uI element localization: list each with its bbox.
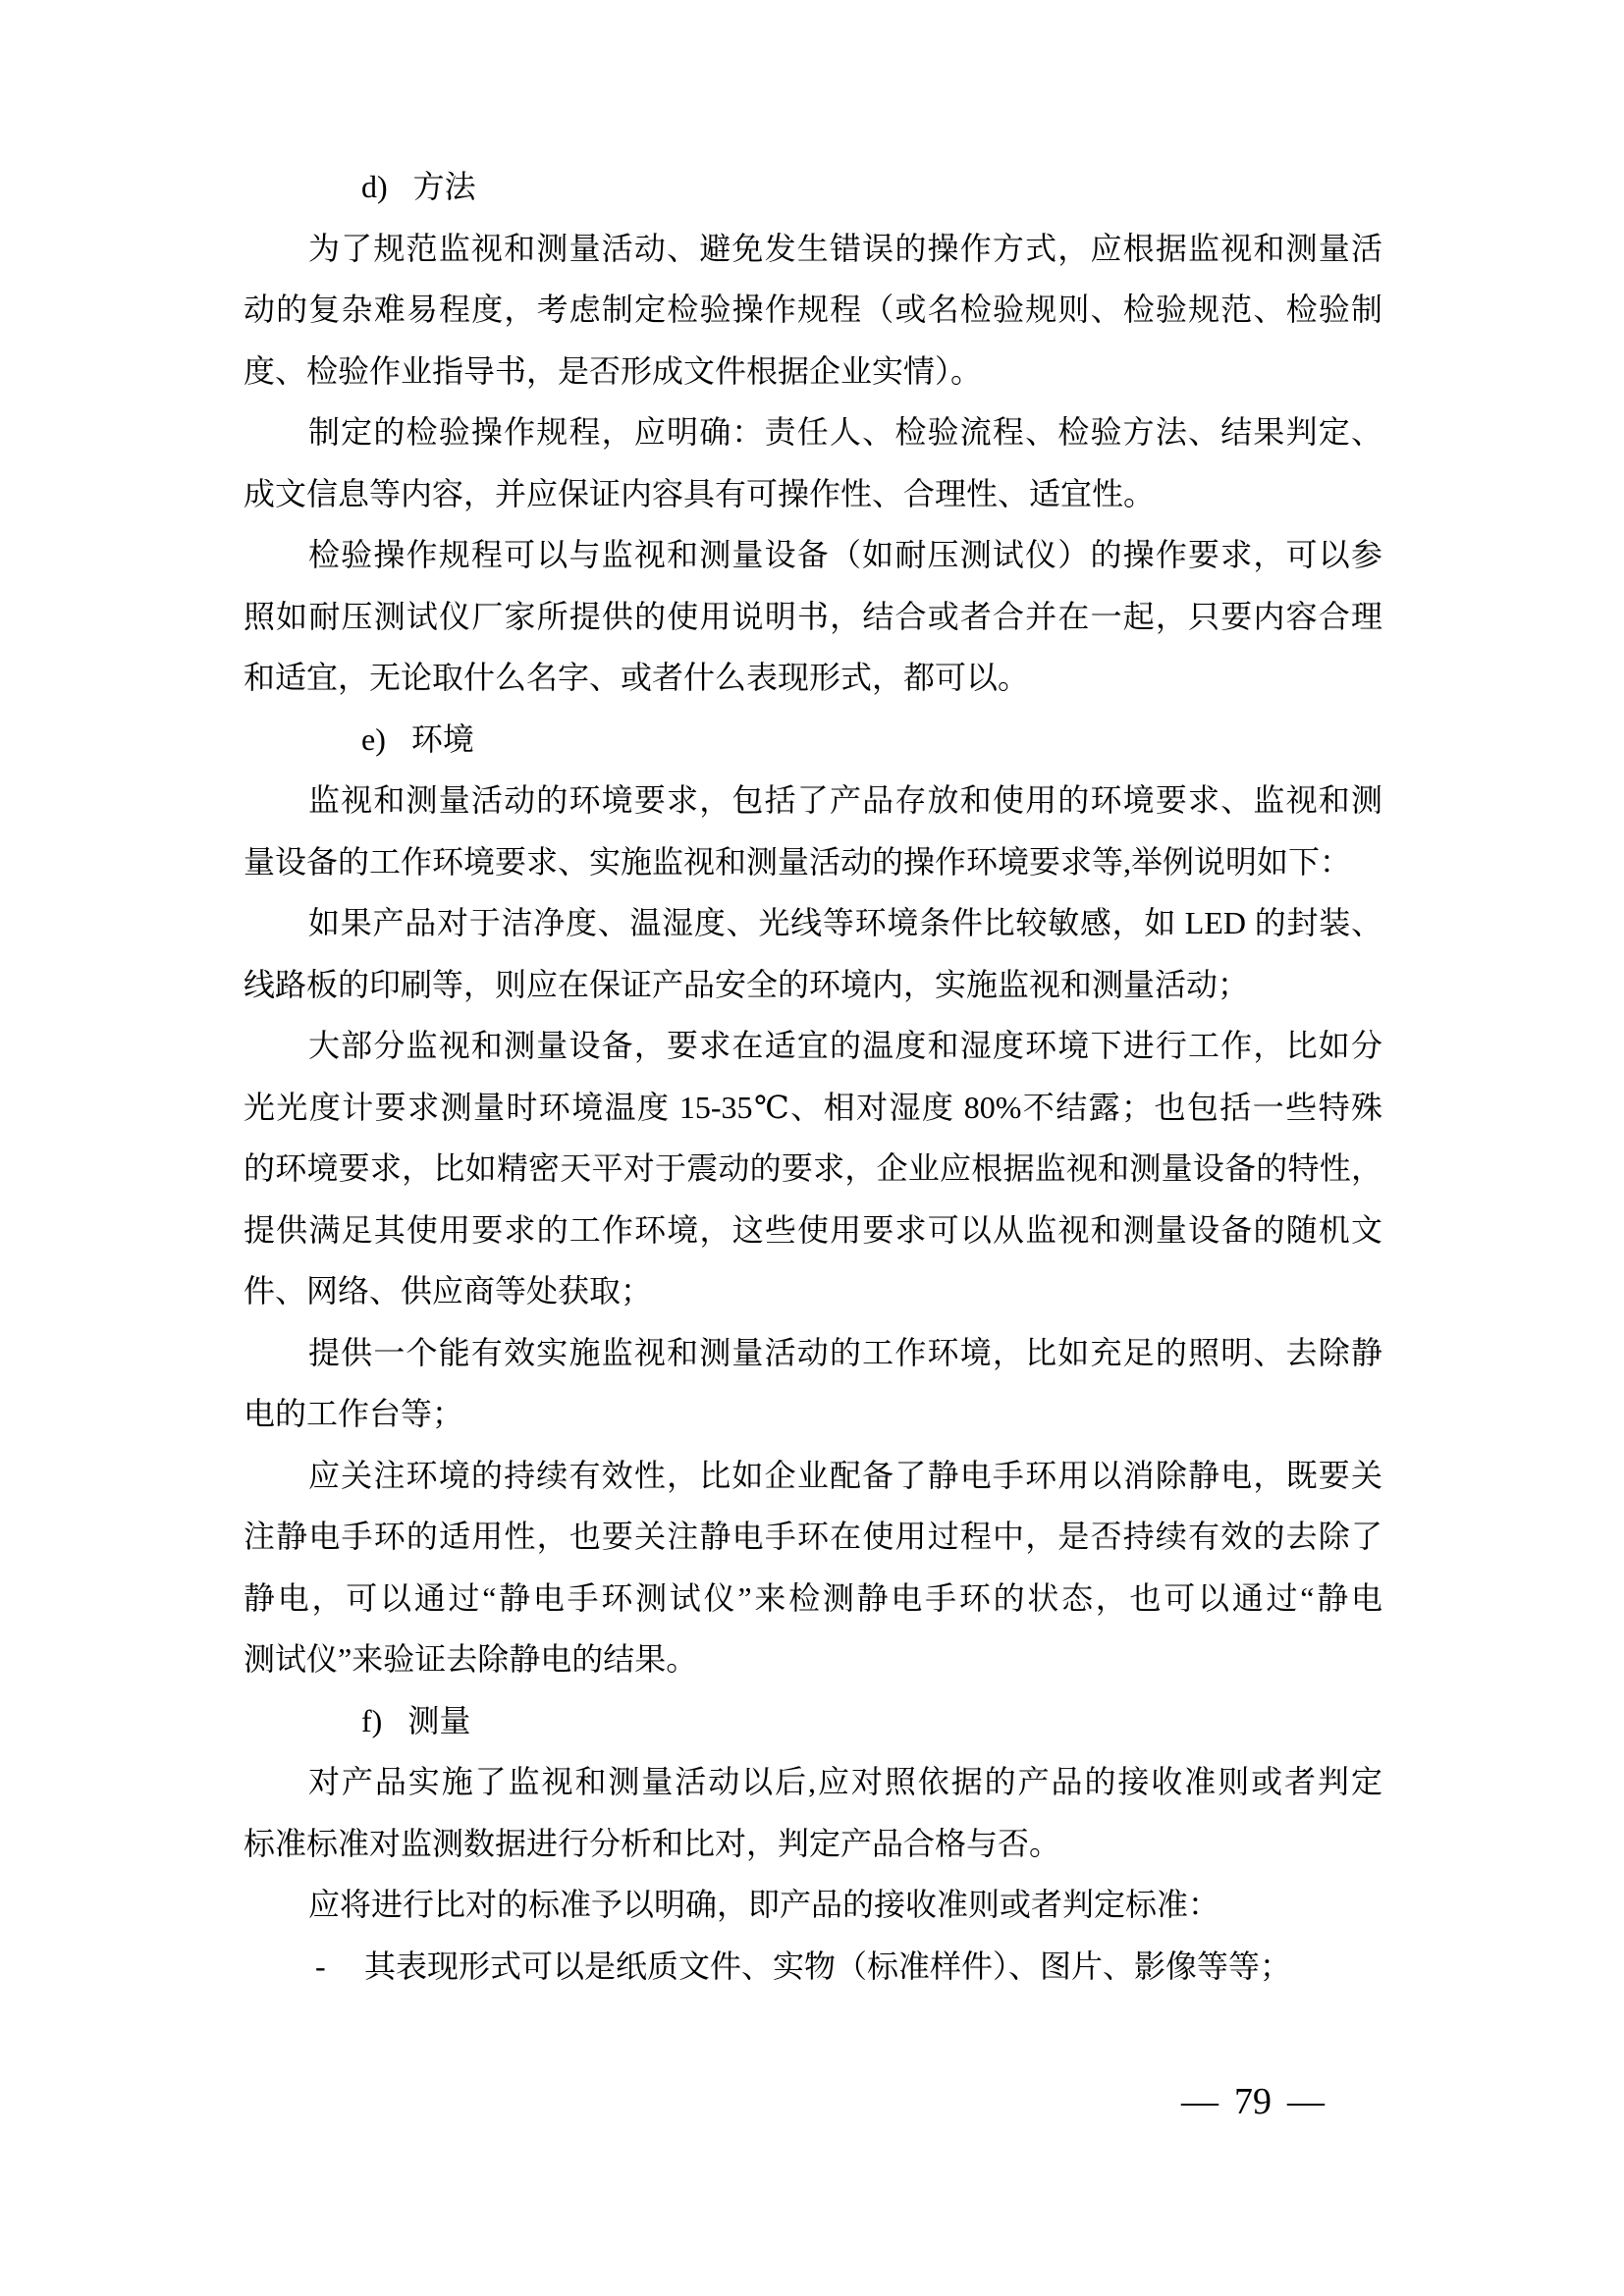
document-page: d)方法为了规范监视和测量活动、避免发生错误的操作方式，应根据监视和测量活动的复… bbox=[0, 0, 1624, 2296]
text-line: 电的工作台等； bbox=[244, 1383, 1382, 1445]
text-line: 动的复杂难易程度，考虑制定检验操作规程（或名检验规则、检验规范、检验制 bbox=[244, 279, 1382, 341]
text-line: 标准标准对监测数据进行分析和比对，判定产品合格与否。 bbox=[244, 1813, 1382, 1875]
heading-title: 环境 bbox=[411, 721, 474, 757]
heading-label: e) bbox=[361, 709, 386, 771]
heading-line: f)测量 bbox=[244, 1690, 1382, 1752]
heading-label: f) bbox=[361, 1690, 382, 1752]
page-footer: — 79 — bbox=[1181, 2079, 1325, 2124]
text-line: 检验操作规程可以与监视和测量设备（如耐压测试仪）的操作要求，可以参 bbox=[244, 524, 1382, 586]
text-line: 照如耐压测试仪厂家所提供的使用说明书，结合或者合并在一起，只要内容合理 bbox=[244, 586, 1382, 648]
text-line: -其表现形式可以是纸质文件、实物（标准样件）、图片、影像等等； bbox=[244, 1936, 1382, 1998]
heading-line: d)方法 bbox=[244, 156, 1382, 218]
text-line: 和适宜，无论取什么名字、或者什么表现形式，都可以。 bbox=[244, 647, 1382, 709]
text-line: 提供一个能有效实施监视和测量活动的工作环境，比如充足的照明、去除静 bbox=[244, 1322, 1382, 1384]
text-line: 提供满足其使用要求的工作环境，这些使用要求可以从监视和测量设备的随机文 bbox=[244, 1200, 1382, 1261]
text-line: 对产品实施了监视和测量活动以后,应对照依据的产品的接收准则或者判定 bbox=[244, 1751, 1382, 1813]
text-line: 注静电手环的适用性，也要关注静电手环在使用过程中，是否持续有效的去除了 bbox=[244, 1506, 1382, 1568]
text-line: 成文信息等内容，并应保证内容具有可操作性、合理性、适宜性。 bbox=[244, 463, 1382, 525]
text-line: 制定的检验操作规程，应明确：责任人、检验流程、检验方法、结果判定、 bbox=[244, 401, 1382, 463]
document-body: d)方法为了规范监视和测量活动、避免发生错误的操作方式，应根据监视和测量活动的复… bbox=[244, 156, 1382, 1997]
text-line: 如果产品对于洁净度、温湿度、光线等环境条件比较敏感，如 LED 的封装、 bbox=[244, 892, 1382, 954]
text-line: 静电，可以通过“静电手环测试仪”来检测静电手环的状态，也可以通过“静电 bbox=[244, 1568, 1382, 1629]
text-line: 应关注环境的持续有效性，比如企业配备了静电手环用以消除静电，既要关 bbox=[244, 1445, 1382, 1507]
text-line: 线路板的印刷等，则应在保证产品安全的环境内，实施监视和测量活动； bbox=[244, 954, 1382, 1016]
text-line: 件、网络、供应商等处获取； bbox=[244, 1260, 1382, 1322]
footer-dash-right: — bbox=[1287, 2079, 1325, 2124]
footer-dash-left: — bbox=[1181, 2079, 1218, 2124]
text-line: 量设备的工作环境要求、实施监视和测量活动的操作环境要求等,举例说明如下： bbox=[244, 831, 1382, 893]
list-marker: - bbox=[315, 1936, 364, 1998]
text-line: 测试仪”来验证去除静电的结果。 bbox=[244, 1629, 1382, 1690]
text-line: 监视和测量活动的环境要求，包括了产品存放和使用的环境要求、监视和测 bbox=[244, 770, 1382, 831]
text-line: 应将进行比对的标准予以明确，即产品的接收准则或者判定标准： bbox=[244, 1874, 1382, 1936]
text-line: 为了规范监视和测量活动、避免发生错误的操作方式，应根据监视和测量活 bbox=[244, 218, 1382, 280]
heading-title: 测量 bbox=[407, 1703, 470, 1738]
page-number: 79 bbox=[1234, 2079, 1272, 2124]
text-line: 度、检验作业指导书，是否形成文件根据企业实情）。 bbox=[244, 341, 1382, 402]
heading-label: d) bbox=[361, 156, 388, 218]
text-line: 大部分监视和测量设备，要求在适宜的温度和湿度环境下进行工作，比如分 bbox=[244, 1015, 1382, 1077]
heading-title: 方法 bbox=[413, 169, 476, 204]
heading-line: e)环境 bbox=[244, 709, 1382, 771]
text-line: 光光度计要求测量时环境温度 15-35℃、相对湿度 80%不结露；也包括一些特殊 bbox=[244, 1077, 1382, 1139]
text-line: 的环境要求，比如精密天平对于震动的要求，企业应根据监视和测量设备的特性， bbox=[244, 1138, 1382, 1200]
list-text: 其表现形式可以是纸质文件、实物（标准样件）、图片、影像等等； bbox=[364, 1949, 1291, 1984]
